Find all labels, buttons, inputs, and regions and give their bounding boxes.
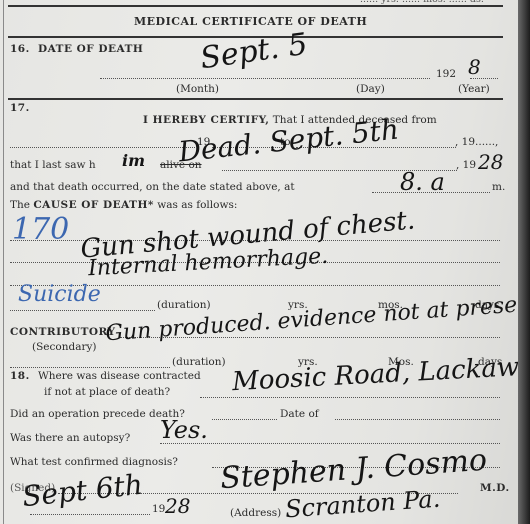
operation-date-label: Date of (280, 408, 319, 420)
death-time-suffix: m. (492, 181, 505, 193)
handwritten-last-saw-year: 28 (478, 150, 503, 174)
handwritten-signed-date: Sept 6th (21, 468, 145, 513)
item16-month-caption: (Month) (176, 83, 219, 95)
top-rule (8, 5, 503, 7)
item18-line1: Where was disease contracted (38, 370, 201, 382)
handwritten-death-year: 8 (468, 55, 481, 79)
duration2-line (10, 367, 170, 368)
handwritten-address: Scranton Pa. (284, 485, 441, 524)
handwritten-manner-suicide: Suicide (18, 282, 101, 307)
signed-year-prefix: 19 (152, 503, 165, 515)
duration2-label: (duration) (172, 356, 226, 368)
handwritten-signature: Stephen J. Cosmo (219, 443, 488, 497)
item16-date-line (100, 78, 430, 79)
handwritten-him: im (122, 151, 145, 170)
scan-right-edge (518, 0, 530, 524)
item16-year-prefix: 192 (436, 68, 456, 80)
operation-date-line (335, 419, 500, 420)
handwritten-death-time: 8. a (400, 168, 445, 196)
cause-prefix: The (10, 199, 30, 211)
item18-line (200, 397, 500, 398)
handwritten-signed-year: 28 (165, 494, 190, 518)
alive-on-struck: alive on (160, 159, 202, 171)
cause-rest: was as follows: (157, 199, 237, 211)
operation-answer-line (212, 419, 277, 420)
last-saw-year-prefix: , 19 (456, 159, 476, 171)
signed-date-line (30, 514, 150, 515)
cause-bold: CAUSE OF DEATH* (33, 199, 154, 211)
handwritten-disease-place: Moosic Road, Lackawanna (231, 349, 518, 397)
page-left-border (3, 0, 4, 524)
death-occurred-label: and that death occurred, on the date sta… (10, 181, 295, 193)
item16-label: DATE OF DEATH (38, 43, 143, 55)
autopsy-label: Was there an autopsy? (10, 432, 130, 444)
operation-label: Did an operation precede death? (10, 408, 185, 420)
address-label: (Address) (230, 507, 281, 519)
attended-from-line (10, 147, 195, 148)
autopsy-answer-line (160, 443, 500, 444)
item18-line2: if not at place of death? (44, 386, 170, 398)
item17-number: 17. (10, 102, 30, 114)
handwritten-death-date: Sept. 5 (198, 27, 310, 77)
test-label: What test confirmed diagnosis? (10, 456, 178, 468)
last-saw-label: that I last saw h (10, 159, 96, 171)
document-title: MEDICAL CERTIFICATE OF DEATH (134, 15, 367, 28)
certify-bold: I HEREBY CERTIFY, (143, 114, 269, 126)
attended-to-19: , 19......, (455, 136, 498, 148)
secondary-label: (Secondary) (32, 341, 97, 353)
cause-heading: The CAUSE OF DEATH* was as follows: (10, 199, 237, 211)
handwritten-autopsy-answer: Yes. (160, 416, 208, 444)
item16-day-caption: (Day) (356, 83, 385, 95)
item16-year-caption: (Year) (458, 83, 490, 95)
death-certificate-page: ...... yrs. ...... mos. ...... ds. MEDIC… (0, 0, 518, 524)
duration1-line (10, 310, 155, 311)
contributory-label: CONTRIBUTORY (10, 326, 115, 338)
duration1-label: (duration) (157, 299, 211, 311)
item16-number: 16. (10, 43, 30, 55)
item18-number: 18. (10, 370, 30, 382)
handwritten-cause-code: 170 (12, 212, 69, 247)
item16-rule (8, 98, 503, 100)
md-label: M.D. (480, 482, 510, 494)
